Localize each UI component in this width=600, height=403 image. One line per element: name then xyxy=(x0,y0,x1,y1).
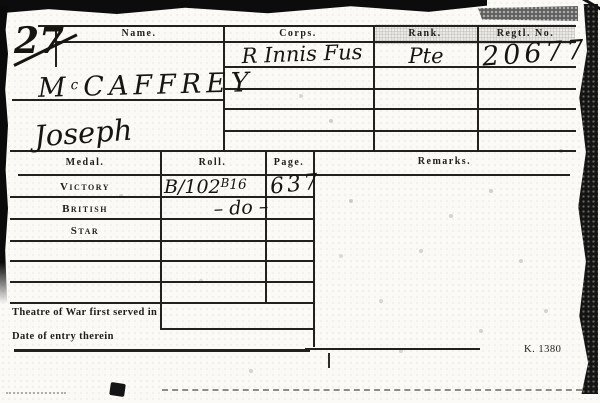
page-header: Page. xyxy=(265,157,313,168)
theatre-entry-rule xyxy=(160,328,313,330)
roll-superscript: B xyxy=(221,176,230,190)
scan-artifact-ink-blob xyxy=(109,382,126,397)
scan-artifact-bottom-dashes xyxy=(162,389,582,391)
corps-rank-divider xyxy=(373,25,375,152)
medal-roll-divider xyxy=(160,150,162,330)
roll-header: Roll. xyxy=(160,157,265,168)
medal-row-star-label: Star xyxy=(10,225,160,237)
service-row-rule-2 xyxy=(223,88,576,90)
rank-regtl-divider xyxy=(477,25,479,152)
roll-page-divider xyxy=(265,150,267,303)
scan-artifact-top-bar xyxy=(0,0,487,14)
card-number-handwritten: 27 xyxy=(14,20,64,62)
medal-row-victory-label: Victory xyxy=(10,181,160,193)
scan-artifact-bottom-dots xyxy=(6,392,66,394)
corps-value-handwritten: R Innis Fus xyxy=(233,40,372,69)
form-code: K. 1380 xyxy=(524,344,561,355)
theatre-of-war-label: Theatre of War first served in xyxy=(12,307,187,318)
medal-row-british-label: British xyxy=(10,203,160,215)
corps-header: Corps. xyxy=(223,28,373,39)
victory-roll-handwritten: B/102B16 xyxy=(164,176,247,198)
date-of-entry-label: Date of entry therein xyxy=(12,331,172,342)
surname-superscript: c xyxy=(70,77,83,93)
surname-handwritten: McCAFFREY xyxy=(38,67,254,104)
remarks-header: Remarks. xyxy=(313,156,576,167)
card-bottom-border-right xyxy=(305,348,480,350)
mid-divider-rule xyxy=(10,150,576,152)
service-row-rule-3 xyxy=(223,108,576,110)
scan-artifact-top-gray xyxy=(478,6,578,21)
rank-value-handwritten: Pte xyxy=(378,44,474,68)
scan-artifact-tick-mark xyxy=(328,353,330,368)
rank-header: Rank. xyxy=(373,28,477,39)
forename-handwritten: Joseph xyxy=(33,113,134,154)
medal-index-card: Name. Corps. Rank. Regtl. No. Medal. Rol… xyxy=(0,0,600,403)
scan-artifact-left-bar xyxy=(0,6,8,304)
card-bottom-border-left xyxy=(14,349,310,352)
card-top-border xyxy=(38,25,576,27)
medal-header: Medal. xyxy=(10,157,160,168)
name-header: Name. xyxy=(55,28,223,39)
service-row-rule-4 xyxy=(223,130,576,132)
